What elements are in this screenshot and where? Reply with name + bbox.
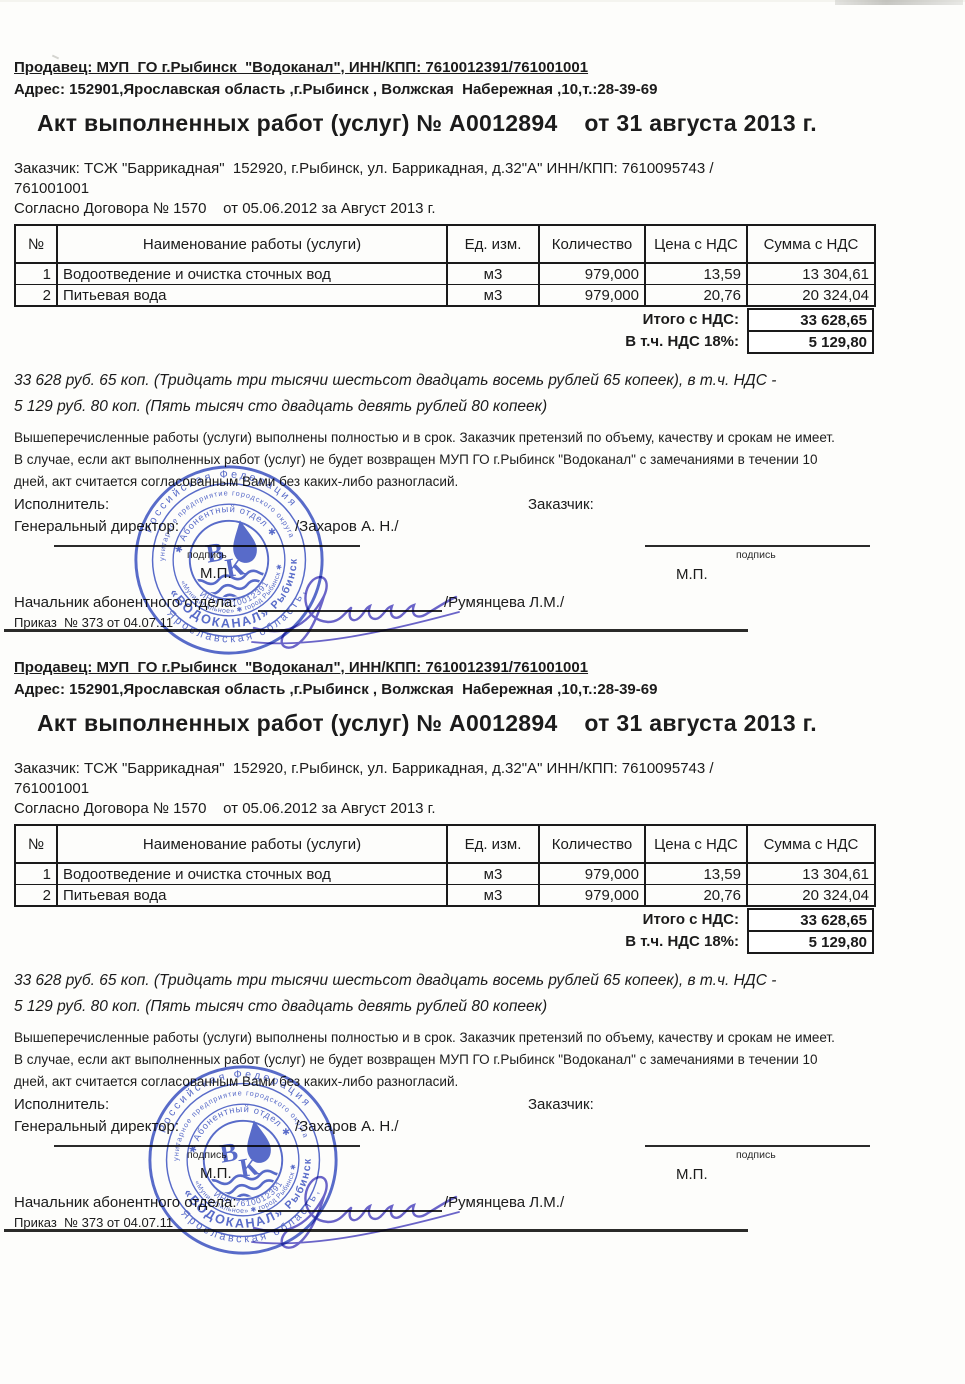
total-label: Итого с НДС: xyxy=(14,908,747,932)
signature-line-customer xyxy=(645,1145,870,1147)
col-header-price: Цена с НДС xyxy=(645,825,747,863)
cell-num: 1 xyxy=(15,863,57,885)
table-row: 1 Водоотведение и очистка сточных вод м3… xyxy=(15,263,875,285)
address-line: Адрес: 152901,Ярославская область ,г.Рыб… xyxy=(14,681,657,698)
cell-unit: м3 xyxy=(447,863,539,885)
vat-label: В т.ч. НДС 18%: xyxy=(14,930,747,954)
cell-num: 2 xyxy=(15,885,57,907)
stamp-logo-letter-v: В xyxy=(203,536,226,569)
cell-num: 2 xyxy=(15,285,57,307)
cell-unit: м3 xyxy=(447,885,539,907)
handwritten-signature xyxy=(248,1164,463,1249)
cell-name: Водоотведение и очистка сточных вод xyxy=(57,263,447,285)
table-row: 2 Питьевая вода м3 979,000 20,76 20 324,… xyxy=(15,285,875,307)
seller-line: Продавец: МУП ГО г.Рыбинск "Водоканал", … xyxy=(14,59,588,76)
stamp-place-customer: М.П. xyxy=(676,1166,708,1183)
cell-name: Питьевая вода xyxy=(57,885,447,907)
address-line: Адрес: 152901,Ярославская область ,г.Рыб… xyxy=(14,81,657,98)
customer-line: Заказчик: ТСЖ "Баррикадная" 152920, г.Ры… xyxy=(14,160,714,177)
col-header-qty: Количество xyxy=(539,225,645,263)
col-header-price: Цена с НДС xyxy=(645,225,747,263)
signature-caption: подпись xyxy=(736,549,776,561)
contract-line: Согласно Договора № 1570 от 05.06.2012 з… xyxy=(14,800,436,817)
cell-sum: 20 324,04 xyxy=(747,285,875,307)
customer-inn-line: 761001001 xyxy=(14,780,89,797)
cell-name: Водоотведение и очистка сточных вод xyxy=(57,863,447,885)
cell-num: 1 xyxy=(15,263,57,285)
signature-caption: подпись xyxy=(736,1149,776,1161)
table-header-row: № Наименование работы (услуги) Ед. изм. … xyxy=(15,225,875,263)
col-header-sum: Сумма с НДС xyxy=(747,825,875,863)
col-header-num: № xyxy=(15,825,57,863)
disclaimer-line1: Вышеперечисленные работы (услуги) выполн… xyxy=(14,430,835,445)
total-with-vat-row: Итого с НДС: 33 628,65 xyxy=(14,308,874,332)
total-label: Итого с НДС: xyxy=(14,308,747,332)
act-copy-2: Продавец: МУП ГО г.Рыбинск "Водоканал", … xyxy=(0,600,965,1240)
scanned-document-page: Продавец: МУП ГО г.Рыбинск "Водоканал", … xyxy=(0,0,965,1384)
amount-in-words-line2: 5 129 руб. 80 коп. (Пять тысяч сто двадц… xyxy=(14,998,547,1016)
cell-sum: 13 304,61 xyxy=(747,263,875,285)
amount-in-words-line2: 5 129 руб. 80 коп. (Пять тысяч сто двадц… xyxy=(14,398,547,416)
customer-label: Заказчик: xyxy=(528,1096,594,1113)
contract-line: Согласно Договора № 1570 от 05.06.2012 з… xyxy=(14,200,436,217)
customer-line: Заказчик: ТСЖ "Баррикадная" 152920, г.Ры… xyxy=(14,760,714,777)
total-with-vat-row: Итого с НДС: 33 628,65 xyxy=(14,908,874,932)
cell-price: 13,59 xyxy=(645,263,747,285)
col-header-sum: Сумма с НДС xyxy=(747,225,875,263)
amount-in-words-line1: 33 628 руб. 65 коп. (Тридцать три тысячи… xyxy=(14,372,776,390)
cell-qty: 979,000 xyxy=(539,285,645,307)
table-row: 2 Питьевая вода м3 979,000 20,76 20 324,… xyxy=(15,885,875,907)
col-header-unit: Ед. изм. xyxy=(447,825,539,863)
vat-label: В т.ч. НДС 18%: xyxy=(14,330,747,354)
stamp-place-customer: М.П. xyxy=(676,566,708,583)
works-table: № Наименование работы (услуги) Ед. изм. … xyxy=(14,824,876,907)
vat-amount-row: В т.ч. НДС 18%: 5 129,80 xyxy=(14,330,874,354)
col-header-qty: Количество xyxy=(539,825,645,863)
col-header-unit: Ед. изм. xyxy=(447,225,539,263)
cell-price: 13,59 xyxy=(645,863,747,885)
cell-sum: 20 324,04 xyxy=(747,885,875,907)
customer-inn-line: 761001001 xyxy=(14,180,89,197)
cell-name: Питьевая вода xyxy=(57,285,447,307)
disclaimer-line2: В случае, если акт выполненных работ (ус… xyxy=(14,1052,818,1067)
executor-label: Исполнитель: xyxy=(14,1096,109,1113)
col-header-name: Наименование работы (услуги) xyxy=(57,825,447,863)
executor-label: Исполнитель: xyxy=(14,496,109,513)
total-value: 33 628,65 xyxy=(747,308,874,332)
cell-sum: 13 304,61 xyxy=(747,863,875,885)
document-title: Акт выполненных работ (услуг) № А0012894… xyxy=(37,110,817,137)
col-header-num: № xyxy=(15,225,57,263)
customer-label: Заказчик: xyxy=(528,496,594,513)
cell-qty: 979,000 xyxy=(539,863,645,885)
table-header-row: № Наименование работы (услуги) Ед. изм. … xyxy=(15,825,875,863)
vat-value: 5 129,80 xyxy=(747,930,874,954)
cell-price: 20,76 xyxy=(645,885,747,907)
cell-unit: м3 xyxy=(447,263,539,285)
seller-line: Продавец: МУП ГО г.Рыбинск "Водоканал", … xyxy=(14,659,588,676)
cell-price: 20,76 xyxy=(645,285,747,307)
total-value: 33 628,65 xyxy=(747,908,874,932)
cell-qty: 979,000 xyxy=(539,885,645,907)
signature-line-customer xyxy=(645,545,870,547)
vat-value: 5 129,80 xyxy=(747,330,874,354)
cell-unit: м3 xyxy=(447,285,539,307)
vat-amount-row: В т.ч. НДС 18%: 5 129,80 xyxy=(14,930,874,954)
works-table: № Наименование работы (услуги) Ед. изм. … xyxy=(14,224,876,307)
col-header-name: Наименование работы (услуги) xyxy=(57,225,447,263)
cell-qty: 979,000 xyxy=(539,263,645,285)
table-row: 1 Водоотведение и очистка сточных вод м3… xyxy=(15,863,875,885)
act-copy-1: Продавец: МУП ГО г.Рыбинск "Водоканал", … xyxy=(0,0,965,640)
disclaimer-line1: Вышеперечисленные работы (услуги) выполн… xyxy=(14,1030,835,1045)
document-title: Акт выполненных работ (услуг) № А0012894… xyxy=(37,710,817,737)
amount-in-words-line1: 33 628 руб. 65 коп. (Тридцать три тысячи… xyxy=(14,972,776,990)
